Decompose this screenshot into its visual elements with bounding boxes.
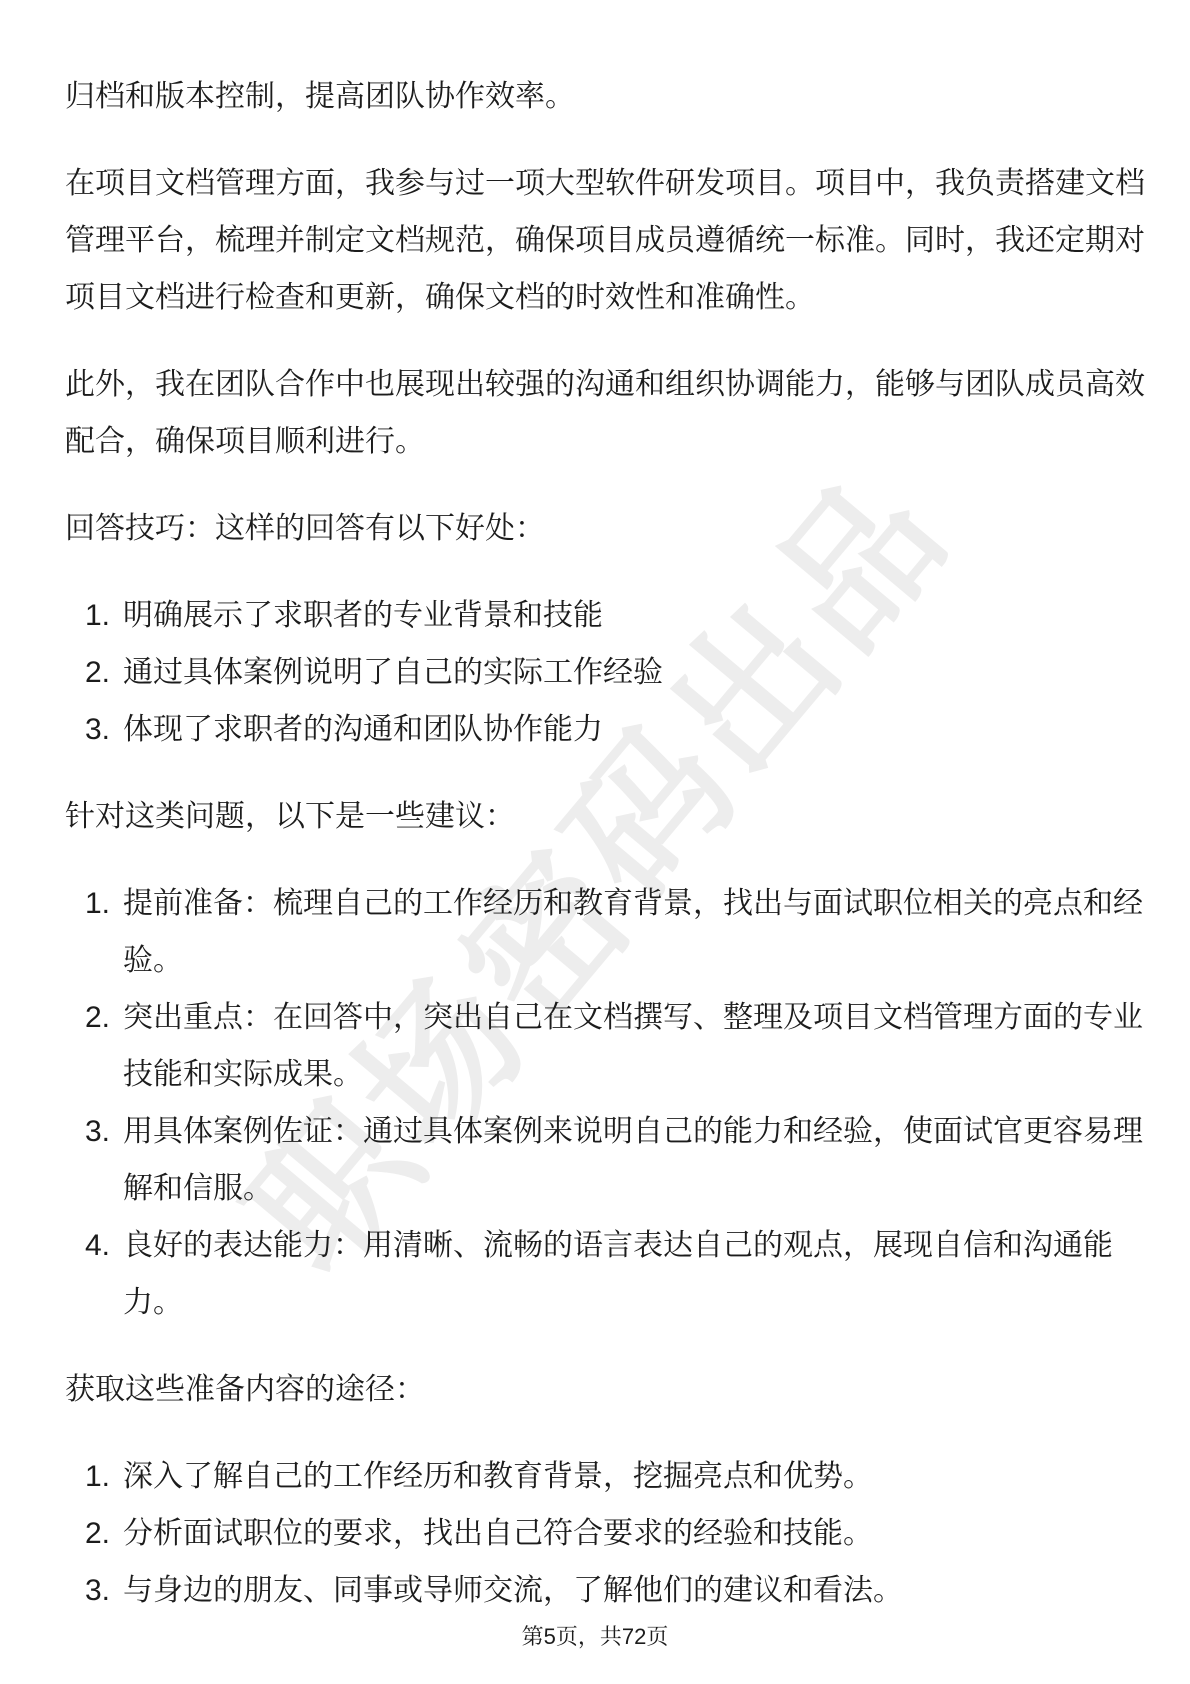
list-item-text: 分析面试职位的要求，找出自己符合要求的经验和技能。 [123,1505,1140,1562]
text-line: 获取这些准备内容的途径： [65,1361,1140,1418]
text-line: 此外，我在团队合作中也展现出较强的沟通和组织协调能力，能够与团队成员高效 [65,356,1140,413]
list-item-number: 1. [85,587,123,644]
paragraph: 在项目文档管理方面，我参与过一项大型软件研发项目。项目中，我负责搭建文档管理平台… [65,155,1140,326]
page-number-label: 第5页，共72页 [522,1624,669,1649]
text-line: 良好的表达能力：用清晰、流畅的语言表达自己的观点，展现自信和沟通能 [123,1217,1140,1274]
list-item-number: 3. [85,701,123,758]
list-item-text: 通过具体案例说明了自己的实际工作经验 [123,644,1140,701]
list-item: 1.提前准备：梳理自己的工作经历和教育背景，找出与面试职位相关的亮点和经验。 [65,875,1140,989]
paragraph: 回答技巧：这样的回答有以下好处： [65,500,1140,557]
page-footer: 第5页，共72页 [0,1620,1190,1651]
list-item-number: 2. [85,1505,123,1562]
text-line: 力。 [123,1274,1140,1331]
text-line: 提前准备：梳理自己的工作经历和教育背景，找出与面试职位相关的亮点和经 [123,875,1140,932]
list-item: 3.体现了求职者的沟通和团队协作能力 [65,701,1140,758]
paragraph: 此外，我在团队合作中也展现出较强的沟通和组织协调能力，能够与团队成员高效配合，确… [65,356,1140,470]
text-line: 明确展示了求职者的专业背景和技能 [123,587,1140,644]
text-line: 技能和实际成果。 [123,1046,1140,1103]
list-item-number: 1. [85,875,123,989]
list-item-number: 2. [85,644,123,701]
list-item-text: 体现了求职者的沟通和团队协作能力 [123,701,1140,758]
text-line: 验。 [123,932,1140,989]
text-line: 通过具体案例说明了自己的实际工作经验 [123,644,1140,701]
text-line: 用具体案例佐证：通过具体案例来说明自己的能力和经验，使面试官更容易理 [123,1103,1140,1160]
text-line: 项目文档进行检查和更新，确保文档的时效性和准确性。 [65,269,1140,326]
list-item-number: 4. [85,1217,123,1331]
text-line: 深入了解自己的工作经历和教育背景，挖掘亮点和优势。 [123,1448,1140,1505]
list-item-number: 2. [85,989,123,1103]
text-line: 突出重点：在回答中，突出自己在文档撰写、整理及项目文档管理方面的专业 [123,989,1140,1046]
list-item: 1.明确展示了求职者的专业背景和技能 [65,587,1140,644]
list-item: 3.与身边的朋友、同事或导师交流，了解他们的建议和看法。 [65,1562,1140,1619]
text-line: 回答技巧：这样的回答有以下好处： [65,500,1140,557]
text-line: 管理平台，梳理并制定文档规范，确保项目成员遵循统一标准。同时，我还定期对 [65,212,1140,269]
document-page: 职场密码出品 归档和版本控制，提高团队协作效率。在项目文档管理方面，我参与过一项… [0,0,1190,1684]
list-item-text: 深入了解自己的工作经历和教育背景，挖掘亮点和优势。 [123,1448,1140,1505]
list-item-text: 突出重点：在回答中，突出自己在文档撰写、整理及项目文档管理方面的专业技能和实际成… [123,989,1140,1103]
list-item-text: 用具体案例佐证：通过具体案例来说明自己的能力和经验，使面试官更容易理解和信服。 [123,1103,1140,1217]
list-item: 1.深入了解自己的工作经历和教育背景，挖掘亮点和优势。 [65,1448,1140,1505]
text-line: 归档和版本控制，提高团队协作效率。 [65,68,1140,125]
list-item-text: 明确展示了求职者的专业背景和技能 [123,587,1140,644]
list-item-text: 与身边的朋友、同事或导师交流，了解他们的建议和看法。 [123,1562,1140,1619]
list-item: 2.突出重点：在回答中，突出自己在文档撰写、整理及项目文档管理方面的专业技能和实… [65,989,1140,1103]
numbered-list: 1.提前准备：梳理自己的工作经历和教育背景，找出与面试职位相关的亮点和经验。2.… [65,875,1140,1331]
list-item: 3.用具体案例佐证：通过具体案例来说明自己的能力和经验，使面试官更容易理解和信服… [65,1103,1140,1217]
numbered-list: 1.深入了解自己的工作经历和教育背景，挖掘亮点和优势。2.分析面试职位的要求，找… [65,1448,1140,1619]
text-line: 配合，确保项目顺利进行。 [65,413,1140,470]
list-item-text: 良好的表达能力：用清晰、流畅的语言表达自己的观点，展现自信和沟通能力。 [123,1217,1140,1331]
paragraph: 归档和版本控制，提高团队协作效率。 [65,68,1140,125]
paragraph: 针对这类问题，以下是一些建议： [65,788,1140,845]
text-line: 体现了求职者的沟通和团队协作能力 [123,701,1140,758]
list-item-number: 3. [85,1103,123,1217]
text-line: 针对这类问题，以下是一些建议： [65,788,1140,845]
list-item-number: 3. [85,1562,123,1619]
list-item: 4.良好的表达能力：用清晰、流畅的语言表达自己的观点，展现自信和沟通能力。 [65,1217,1140,1331]
list-item: 2.分析面试职位的要求，找出自己符合要求的经验和技能。 [65,1505,1140,1562]
text-line: 解和信服。 [123,1160,1140,1217]
numbered-list: 1.明确展示了求职者的专业背景和技能2.通过具体案例说明了自己的实际工作经验3.… [65,587,1140,758]
list-item: 2.通过具体案例说明了自己的实际工作经验 [65,644,1140,701]
text-line: 分析面试职位的要求，找出自己符合要求的经验和技能。 [123,1505,1140,1562]
list-item-text: 提前准备：梳理自己的工作经历和教育背景，找出与面试职位相关的亮点和经验。 [123,875,1140,989]
list-item-number: 1. [85,1448,123,1505]
paragraph: 获取这些准备内容的途径： [65,1361,1140,1418]
document-content: 归档和版本控制，提高团队协作效率。在项目文档管理方面，我参与过一项大型软件研发项… [65,68,1140,1649]
text-line: 与身边的朋友、同事或导师交流，了解他们的建议和看法。 [123,1562,1140,1619]
text-line: 在项目文档管理方面，我参与过一项大型软件研发项目。项目中，我负责搭建文档 [65,155,1140,212]
